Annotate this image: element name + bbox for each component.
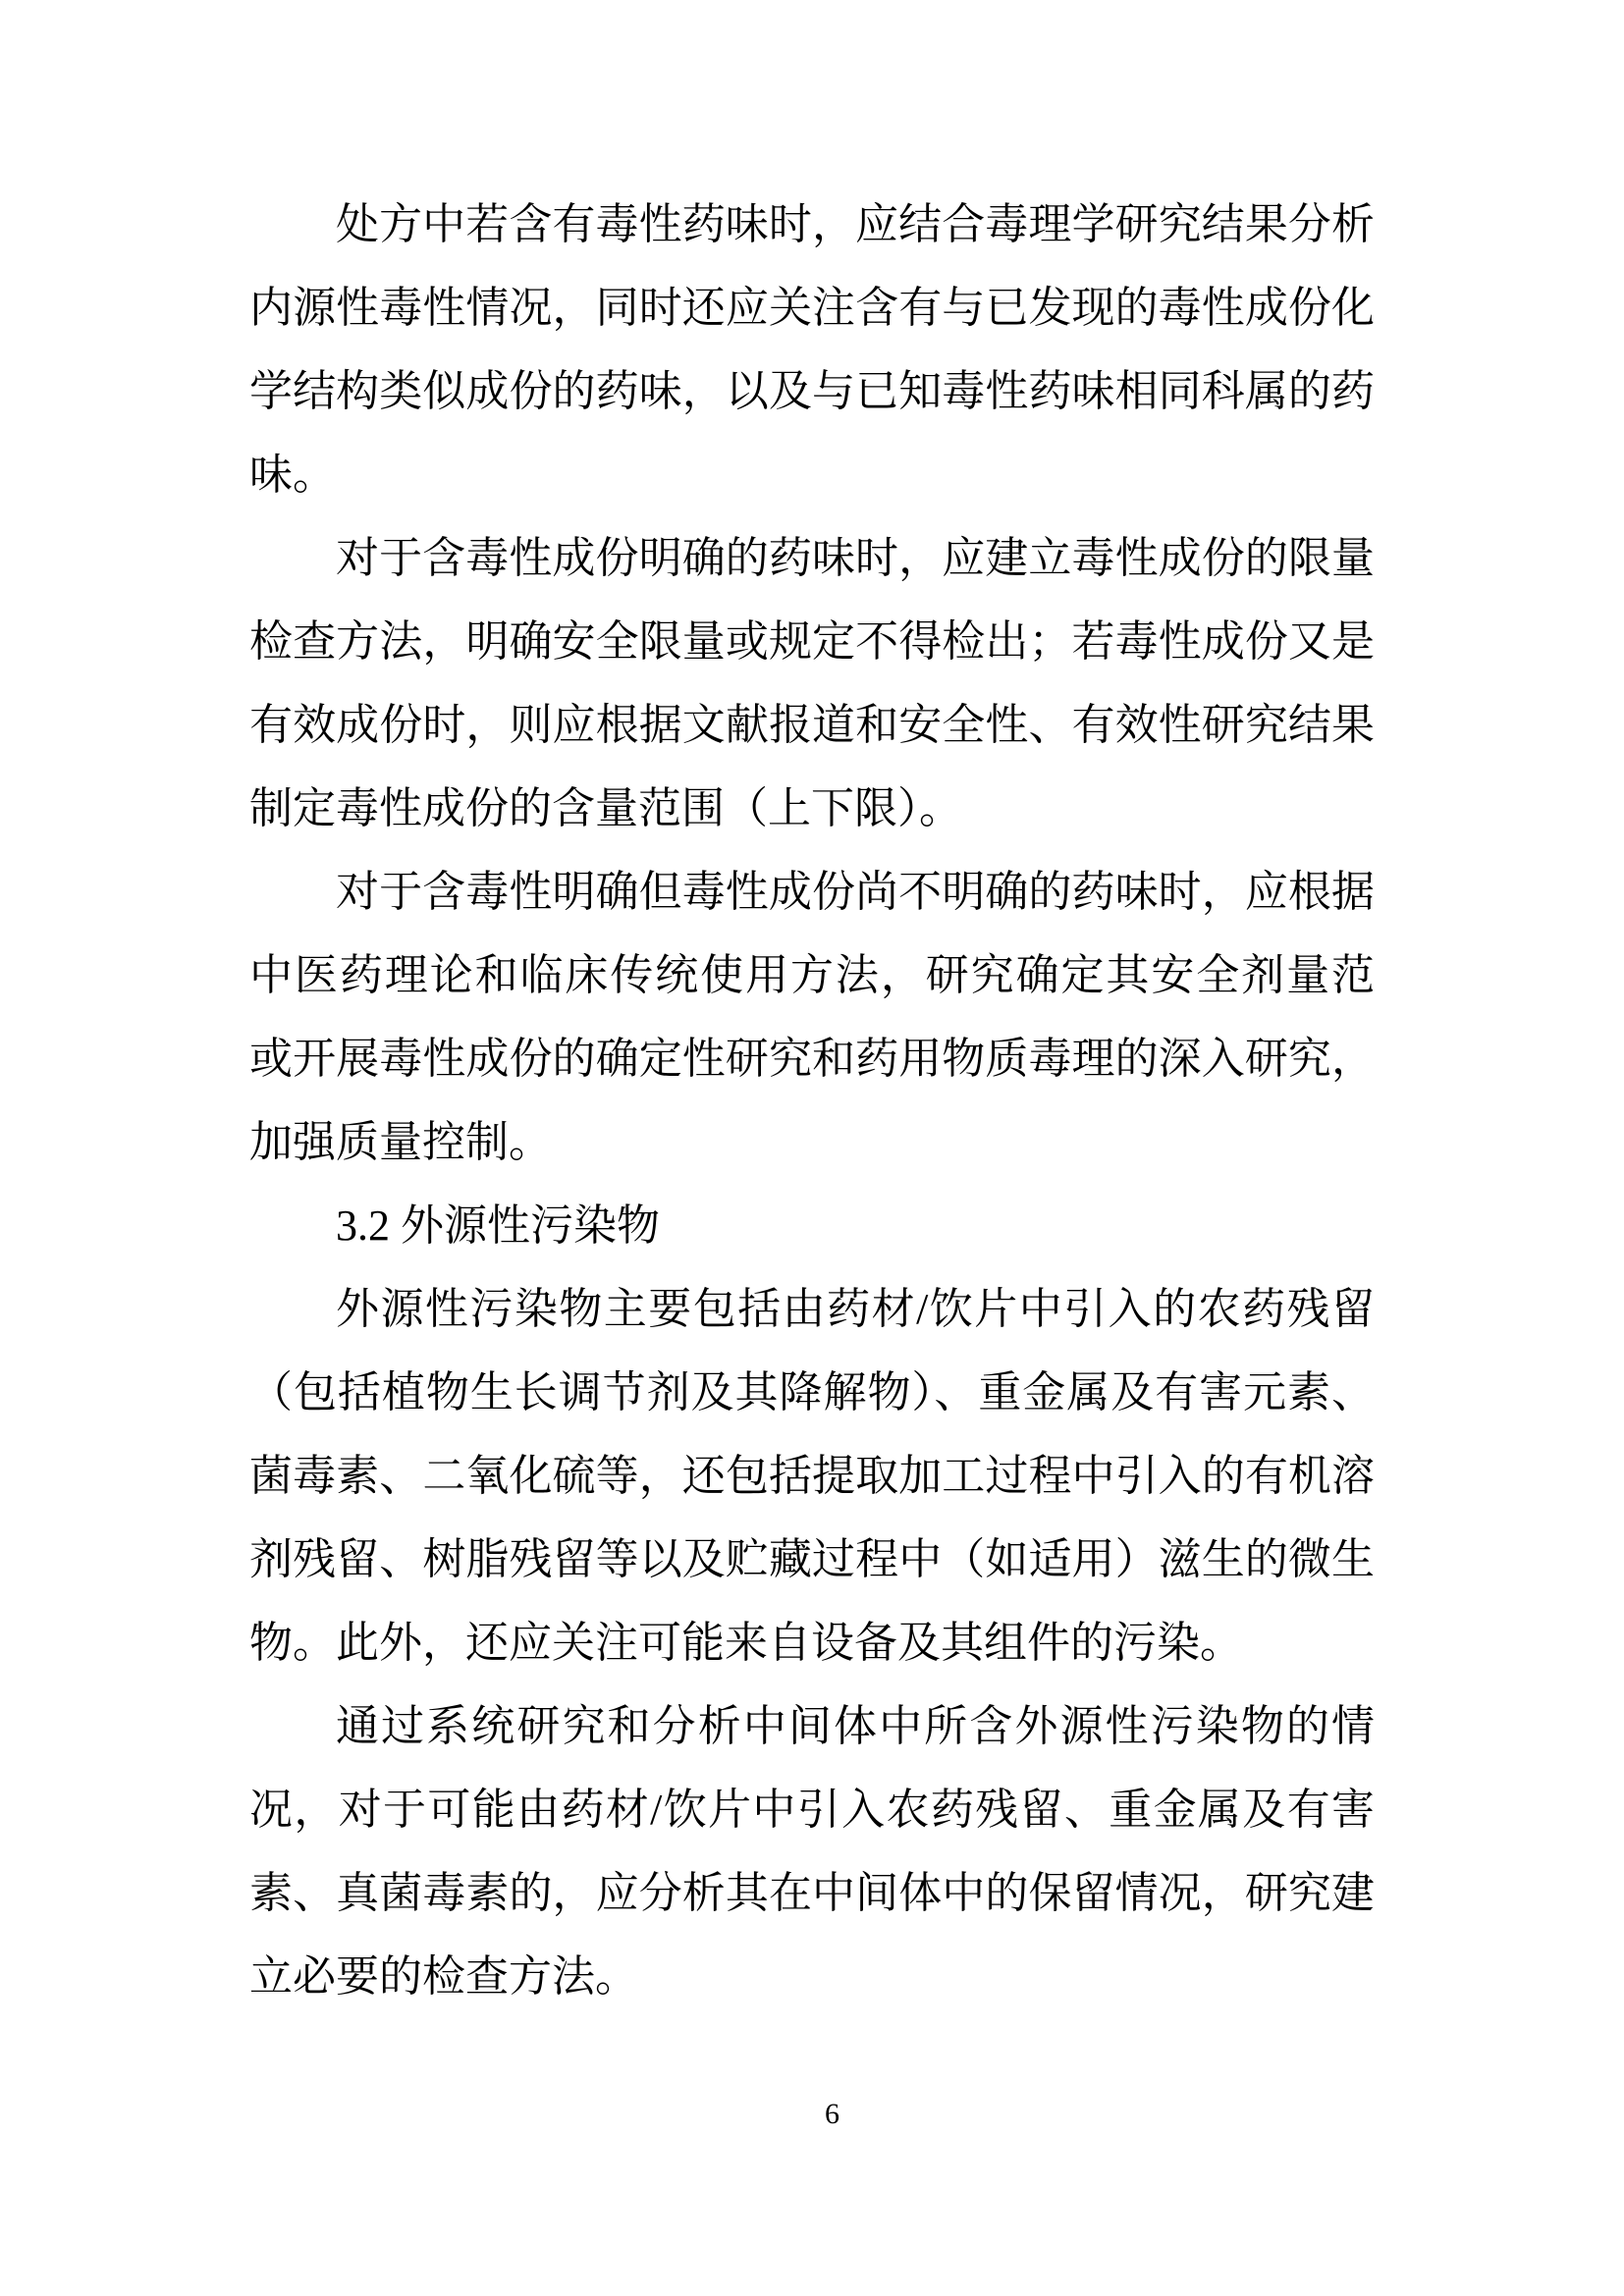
text-line: 有效成份时，则应根据文献报道和安全性、有效性研究结果	[249, 683, 1375, 767]
text-line: 对于含毒性明确但毒性成份尚不明确的药味时，应根据	[249, 850, 1375, 934]
text-line: 素、真菌毒素的，应分析其在中间体中的保留情况，研究建	[249, 1851, 1375, 1935]
text-line: 学结构类似成份的药味，以及与已知毒性药味相同科属的药	[249, 349, 1375, 433]
document-page: 处方中若含有毒性药味时，应结合毒理学研究结果分析内源性毒性情况，同时还应关注含有…	[0, 0, 1624, 2296]
text-line: 内源性毒性情况，同时还应关注含有与已发现的毒性成份化	[249, 266, 1375, 349]
paragraph: 对于含毒性成份明确的药味时，应建立毒性成份的限量检查方法，明确安全限量或规定不得…	[249, 516, 1375, 850]
heading-line: 3.2 外源性污染物	[249, 1184, 1375, 1267]
text-line: 制定毒性成份的含量范围（上下限）。	[249, 767, 1375, 850]
paragraph: 通过系统研究和分析中间体中所含外源性污染物的情况，对于可能由药材/饮片中引入农药…	[249, 1684, 1375, 2018]
text-line: 外源性污染物主要包括由药材/饮片中引入的农药残留	[249, 1267, 1375, 1351]
section-heading: 3.2 外源性污染物	[249, 1184, 1375, 1267]
text-line: （包括植物生长调节剂及其降解物）、重金属及有害元素、真	[249, 1351, 1375, 1434]
text-line: 立必要的检查方法。	[249, 1935, 1375, 2018]
text-line: 加强质量控制。	[249, 1100, 1375, 1184]
text-line: 处方中若含有毒性药味时，应结合毒理学研究结果分析	[249, 183, 1375, 266]
text-line: 菌毒素、二氧化硫等，还包括提取加工过程中引入的有机溶	[249, 1434, 1375, 1518]
text-line: 物。此外，还应关注可能来自设备及其组件的污染。	[249, 1601, 1375, 1684]
paragraph: 外源性污染物主要包括由药材/饮片中引入的农药残留（包括植物生长调节剂及其降解物）…	[249, 1267, 1375, 1684]
text-line: 或开展毒性成份的确定性研究和药用物质毒理的深入研究，	[249, 1017, 1375, 1100]
text-line: 对于含毒性成份明确的药味时，应建立毒性成份的限量	[249, 516, 1375, 600]
text-line: 况，对于可能由药材/饮片中引入农药残留、重金属及有害元	[249, 1768, 1375, 1851]
text-line: 味。	[249, 433, 1375, 516]
text-line: 剂残留、树脂残留等以及贮藏过程中（如适用）滋生的微生	[249, 1518, 1375, 1601]
paragraph: 对于含毒性明确但毒性成份尚不明确的药味时，应根据中医药理论和临床传统使用方法，研…	[249, 850, 1375, 1184]
text-line: 中医药理论和临床传统使用方法，研究确定其安全剂量范围，	[249, 934, 1375, 1017]
text-line: 检查方法，明确安全限量或规定不得检出；若毒性成份又是	[249, 600, 1375, 683]
paragraph: 处方中若含有毒性药味时，应结合毒理学研究结果分析内源性毒性情况，同时还应关注含有…	[249, 183, 1375, 516]
page-number: 6	[825, 2097, 839, 2132]
document-body: 处方中若含有毒性药味时，应结合毒理学研究结果分析内源性毒性情况，同时还应关注含有…	[249, 183, 1375, 2018]
text-line: 通过系统研究和分析中间体中所含外源性污染物的情	[249, 1684, 1375, 1768]
